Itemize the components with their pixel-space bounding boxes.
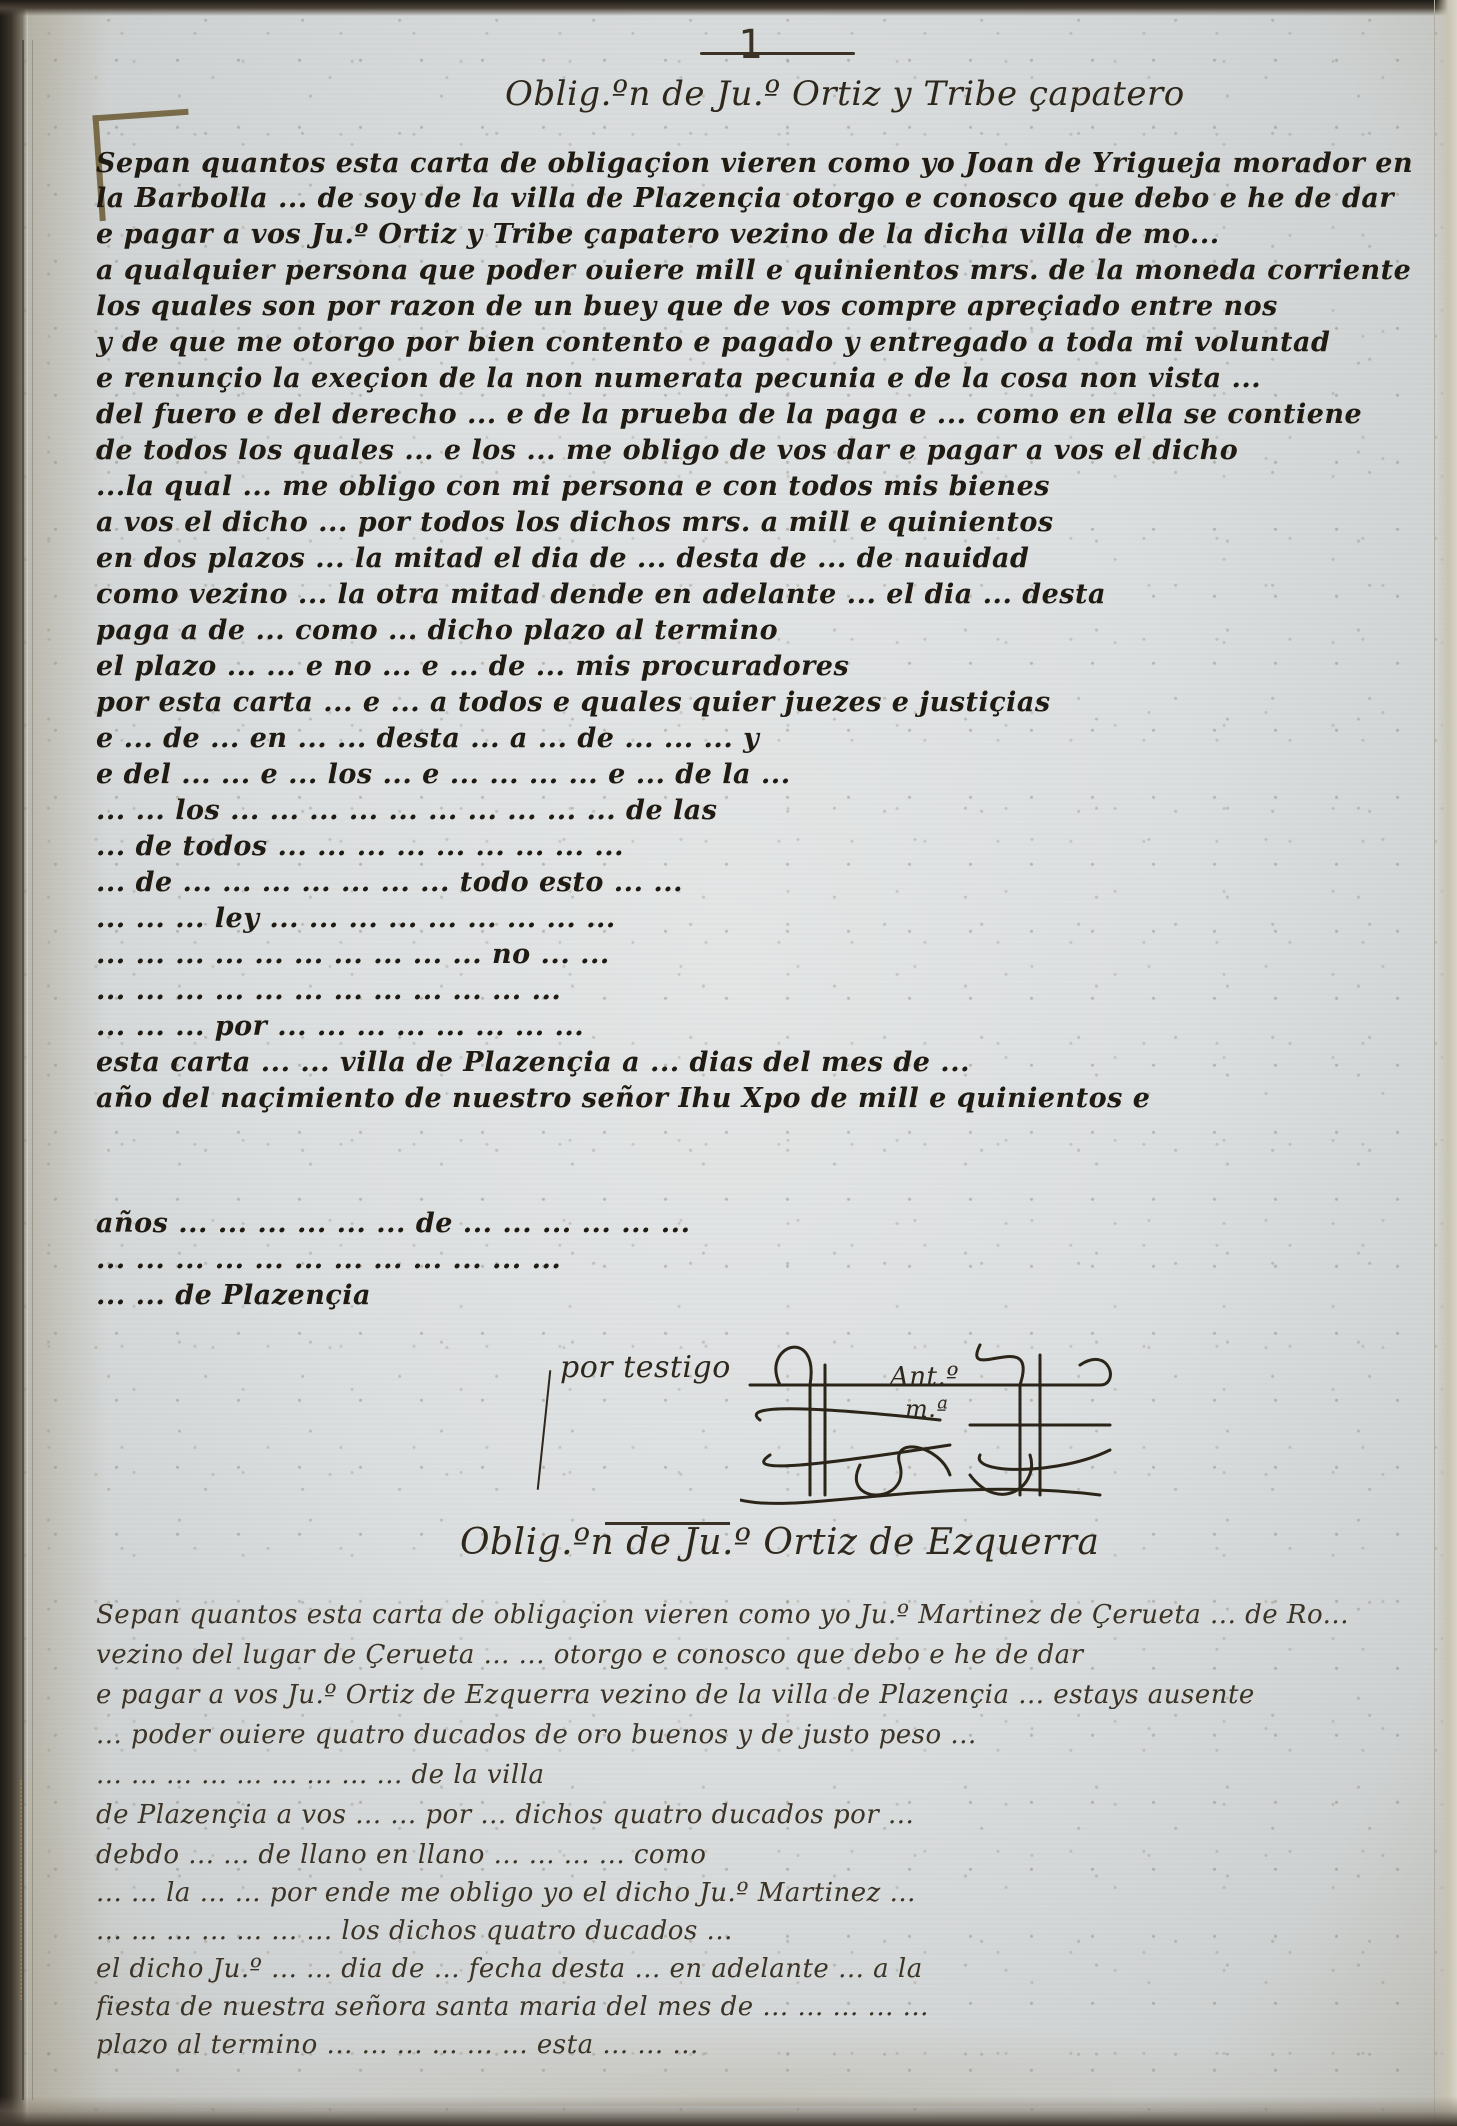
folio-number: 1: [738, 22, 763, 68]
deed-2-line: plazo al termino ... ... ... ... ... ...…: [96, 2030, 1436, 2060]
deed-2-heading: Oblig.ºn de Ju.º Ortiz de Ezquerra: [460, 1522, 1099, 1563]
witness-stroke: [537, 1370, 552, 1490]
deed-1-line: y de que me otorgo por bien contento e p…: [96, 327, 1436, 358]
folio-rule: [700, 52, 855, 55]
deed-2-line: de Plazençia a vos ... ... por ... dicho…: [96, 1800, 1436, 1830]
deed-1-line: el plazo ... ... e no ... e ... de ... m…: [96, 651, 1436, 682]
deed-1-line: ... de ... ... ... ... ... ... ... todo …: [96, 867, 1436, 898]
deed-2-line: el dicho Ju.º ... ... dia de ... fecha d…: [96, 1954, 1436, 1984]
deed-1-line: ... ... ... ... ... ... ... ... ... ... …: [96, 975, 1436, 1006]
bottom-page-edge: [0, 2096, 1457, 2126]
deed-1-line: ... ... ... ... ... ... ... ... ... ... …: [96, 939, 1436, 970]
deed-1-line: esta carta ... ... villa de Plazençia a …: [96, 1047, 1436, 1078]
deed-2-line: debdo ... ... de llano en llano ... ... …: [96, 1840, 1436, 1870]
top-page-edge: [0, 0, 1457, 16]
deed-1-line: paga a de ... como ... dicho plazo al te…: [96, 615, 1436, 646]
manuscript-page: 1 Oblig.ºn de Ju.º Ortiz y Tribe çapater…: [0, 0, 1457, 2126]
deed-2-line: ... poder ouiere quatro ducados de oro b…: [96, 1720, 1436, 1750]
deed-1-line: la Barbolla ... de soy de la villa de Pl…: [96, 183, 1436, 214]
deed-1-line: ... ... de Plazençia: [96, 1280, 1436, 1311]
notary-name-abbrev: m.ª: [905, 1395, 948, 1423]
notary-name: Ant.º: [890, 1362, 959, 1392]
deed-1-line: por esta carta ... e ... a todos e quale…: [96, 687, 1436, 718]
right-page-edge: [1434, 0, 1457, 2126]
deed-2-line: ... ... la ... ... por ende me obligo yo…: [96, 1878, 1436, 1908]
deed-2-line: vezino del lugar de Çerueta ... ... otor…: [96, 1640, 1436, 1670]
deed-1-line: a vos el dicho ... por todos los dichos …: [96, 507, 1436, 538]
deed-1-line: de todos los quales ... e los ... me obl…: [96, 435, 1436, 466]
deed-1-line: ... ... ... ... ... ... ... ... ... ... …: [96, 1244, 1436, 1275]
deed-1-line: Sepan quantos esta carta de obligaçion v…: [96, 148, 1436, 179]
deed-1-line: e ... de ... en ... ... desta ... a ... …: [96, 723, 1436, 754]
deed-2-line: ... ... ... ... ... ... ... los dichos q…: [96, 1916, 1436, 1946]
deed-1-line: ... ... los ... ... ... ... ... ... ... …: [96, 795, 1436, 826]
deed-1-line: e pagar a vos Ju.º Ortiz y Tribe çapater…: [96, 219, 1436, 250]
deed-1-line: en dos plazos ... la mitad el dia de ...…: [96, 543, 1436, 574]
deed-2-line: ... ... ... ... ... ... ... ... ... de l…: [96, 1760, 1436, 1790]
binding-crease: [22, 40, 33, 2100]
deed-1-line: ... ... ... ley ... ... ... ... ... ... …: [96, 903, 1436, 934]
deed-1-line: los quales son por razon de un buey que …: [96, 291, 1436, 322]
witness-label: por testigo: [560, 1350, 731, 1385]
deed-2-line: fiesta de nuestra señora santa maria del…: [96, 1992, 1436, 2022]
deed-1-line: a qualquier persona que poder ouiere mil…: [96, 255, 1436, 286]
deed-1-line: ... ... ... por ... ... ... ... ... ... …: [96, 1011, 1436, 1042]
deed-1-line: del fuero e del derecho ... e de la prue…: [96, 399, 1436, 430]
deed-1-heading: Oblig.ºn de Ju.º Ortiz y Tribe çapatero: [505, 74, 1185, 114]
deed-1-line: e del ... ... e ... los ... e ... ... ..…: [96, 759, 1436, 790]
deed-1-line: ... de todos ... ... ... ... ... ... ...…: [96, 831, 1436, 862]
deed-1-line: como vezino ... la otra mitad dende en a…: [96, 579, 1436, 610]
deed-1-line: año del naçimiento de nuestro señor Ihu …: [96, 1083, 1436, 1114]
deed-1-line: ...la qual ... me obligo con mi persona …: [96, 471, 1436, 502]
deed-2-line: e pagar a vos Ju.º Ortiz de Ezquerra vez…: [96, 1680, 1436, 1710]
margin-fragment: [0, 1780, 22, 2000]
deed-2-line: Sepan quantos esta carta de obligaçion v…: [96, 1600, 1436, 1630]
deed-1-line: años ... ... ... ... ... ... de ... ... …: [96, 1208, 1436, 1239]
deed-1-line: e renunçio la exeçion de la non numerata…: [96, 363, 1436, 394]
